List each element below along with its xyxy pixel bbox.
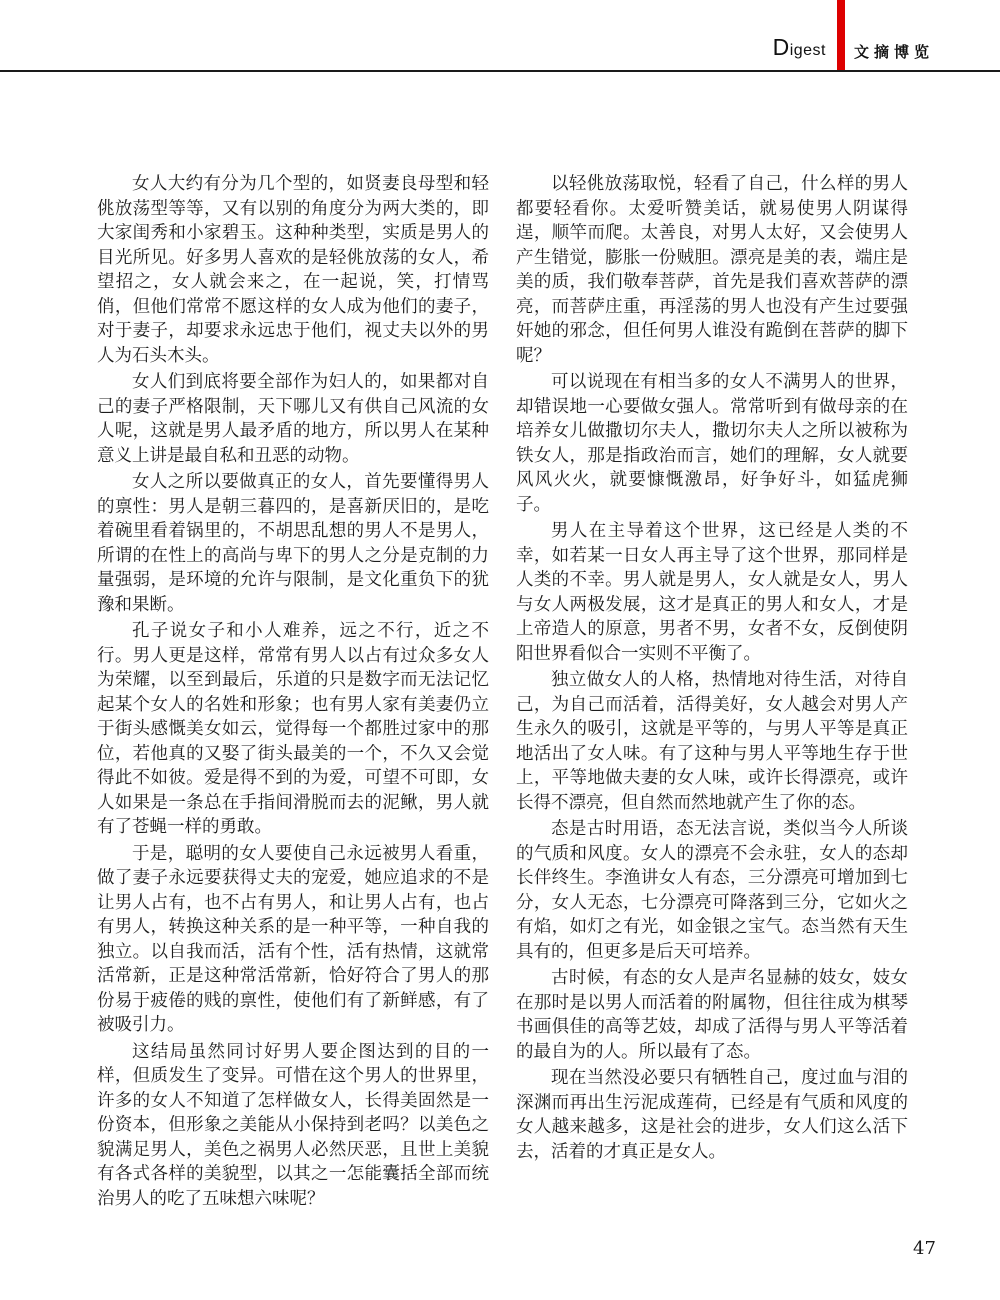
- page-number: 47: [913, 1238, 936, 1259]
- article-paragraph: 这结局虽然同讨好男人要企图达到的目的一样，但质发生了变异。可惜在这个男人的世界里…: [97, 1040, 489, 1212]
- article-body: 女人大约有分为几个型的，如贤妻良母型和轻佻放荡型等等，又有以别的角度分为两大类的…: [97, 172, 908, 1213]
- article-paragraph: 于是，聪明的女人要使自己永远被男人看重，做了妻子永远要获得丈夫的宠爱，她应追求的…: [97, 842, 489, 1038]
- article-paragraph: 独立做女人的人格，热情地对待生活，对待自己，为自己而活着，活得美好，女人越会对男…: [516, 668, 908, 815]
- article-paragraph: 男人在主导着这个世界，这已经是人类的不幸，如若某一日女人再主导了这个世界，那同样…: [516, 519, 908, 666]
- article-paragraph: 孔子说女子和小人难养，远之不行，近之不行。男人更是这样，常常有男人以占有过众多女…: [97, 619, 489, 840]
- right-column: 以轻佻放荡取悦，轻看了自己，什么样的男人都要轻看你。太爱听赞美话，就易使男人阴谋…: [516, 172, 908, 1213]
- digest-rest: igest: [790, 42, 826, 59]
- digest-initial: D: [773, 34, 790, 60]
- article-paragraph: 可以说现在有相当多的女人不满男人的世界，却错误地一心要做女强人。常常听到有做母亲…: [516, 370, 908, 517]
- left-column: 女人大约有分为几个型的，如贤妻良母型和轻佻放荡型等等，又有以别的角度分为两大类的…: [97, 172, 489, 1213]
- article-paragraph: 女人之所以要做真正的女人，首先要懂得男人的禀性：男人是朝三暮四的，是喜新厌旧的，…: [97, 470, 489, 617]
- header-red-bar: [837, 0, 845, 71]
- article-paragraph: 态是古时用语，态无法言说，类似当今人所谈的气质和风度。女人的漂亮不会永驻，女人的…: [516, 817, 908, 964]
- article-paragraph: 女人大约有分为几个型的，如贤妻良母型和轻佻放荡型等等，又有以别的角度分为两大类的…: [97, 172, 489, 368]
- header-digest-label: Digest: [773, 36, 826, 59]
- article-paragraph: 古时候，有态的女人是声名显赫的妓女，妓女在那时是以男人而活着的附属物，但往往成为…: [516, 966, 908, 1064]
- header-rule: [0, 70, 1000, 72]
- header-magazine-title: 文摘博览: [854, 41, 934, 62]
- article-paragraph: 女人们到底将要全部作为妇人的，如果都对自己的妻子严格限制，天下哪儿又有供自己风流…: [97, 370, 489, 468]
- article-paragraph: 现在当然没必要只有牺牲自己，度过血与泪的深渊而再出生污泥成莲荷，已经是有气质和风…: [516, 1066, 908, 1164]
- article-paragraph: 以轻佻放荡取悦，轻看了自己，什么样的男人都要轻看你。太爱听赞美话，就易使男人阴谋…: [516, 172, 908, 368]
